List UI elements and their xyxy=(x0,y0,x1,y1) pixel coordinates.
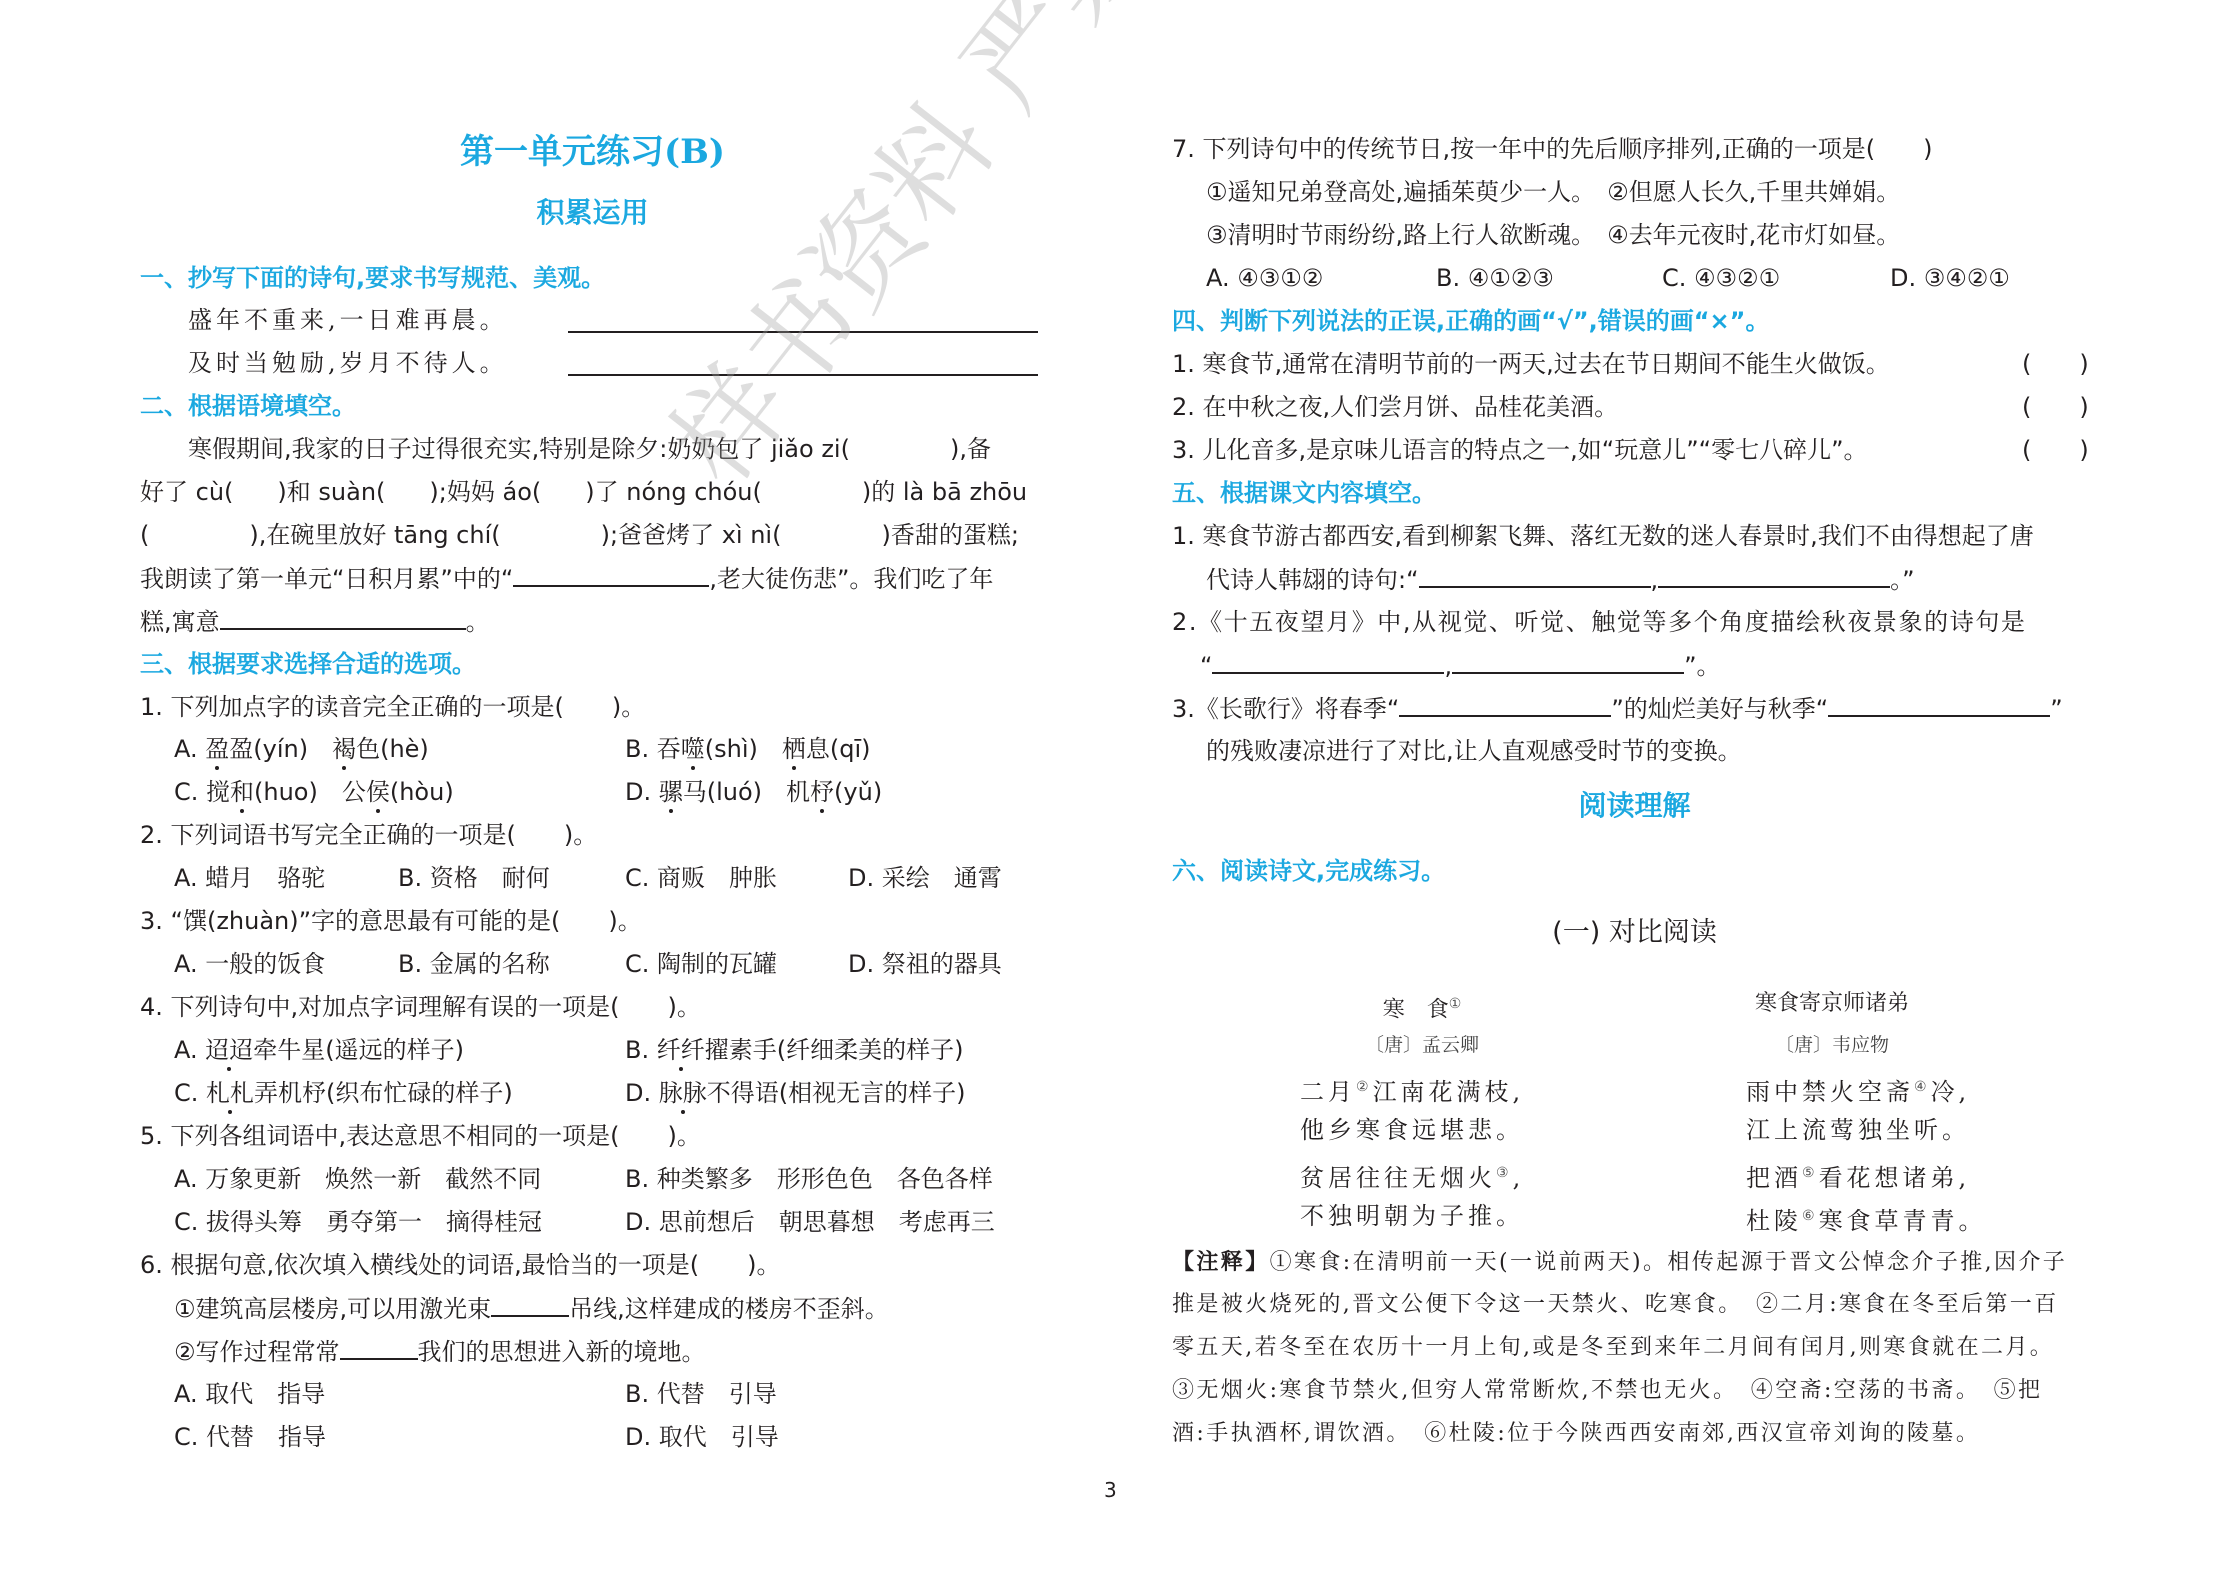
context-line-3: (),在碗里放好 tāng chí();爸爸烤了 xì nì()香甜的蛋糕; xyxy=(140,520,1019,550)
fill-q2-blank-1[interactable] xyxy=(1212,650,1444,674)
q2-stem: 2. 下列词语书写完全正确的一项是( )。 xyxy=(140,820,597,850)
answer-line-meaning[interactable] xyxy=(220,606,466,630)
q6-option-d[interactable]: D. 取代 引导 xyxy=(625,1422,779,1452)
context-text: ),备 xyxy=(950,435,991,463)
section6-heading: 六、阅读诗文,完成练习。 xyxy=(1172,856,1445,886)
poem2-line-1: 雨中禁火空斋④冷, xyxy=(1746,1072,1970,1107)
q3-option-a[interactable]: A. 一般的饭食 xyxy=(174,949,325,979)
dotted-char: 侯 xyxy=(366,777,390,807)
footnote-marker: ① xyxy=(1449,996,1462,1012)
q6-option-c[interactable]: C. 代替 指导 xyxy=(174,1422,326,1452)
q1-option-c[interactable]: C. 搅和(huo) 公侯(hòu) xyxy=(174,777,454,807)
dotted-char: 栖 xyxy=(782,734,806,764)
dotted-char: 噬 xyxy=(681,734,705,764)
dotted-char: 骡 xyxy=(659,777,683,807)
tf-answer-2[interactable]: ( ) xyxy=(2022,392,2089,422)
subtitle-reading: 阅读理解 xyxy=(1172,789,2097,823)
dotted-word: 脉脉 xyxy=(659,1078,707,1108)
context-line-2: 好了 cù()和 suàn();妈妈 áo()了 nóng chóu()的 là… xyxy=(140,477,1027,507)
footnote-marker: ③ xyxy=(1496,1165,1513,1181)
q7-option-d[interactable]: D. ③④②① xyxy=(1890,263,2010,293)
poem2-author: 〔唐〕韦应物 xyxy=(1702,1030,1962,1060)
dotted-char: 杼 xyxy=(810,777,834,807)
context-text: 。 xyxy=(466,608,490,636)
poem2-line-2: 江上流莺独坐听。 xyxy=(1746,1115,1970,1145)
option-text: 色(hè) xyxy=(356,735,429,763)
option-label: C. xyxy=(174,1079,206,1107)
poem1-line-3: 贫居往往无烟火③, xyxy=(1300,1158,1524,1193)
q4-stem: 4. 下列诗句中,对加点字词理解有误的一项是( )。 xyxy=(140,992,701,1022)
footnote-marker: ② xyxy=(1356,1079,1373,1095)
q2-option-a[interactable]: A. 蜡月 骆驼 xyxy=(174,863,325,893)
tf-answer-1[interactable]: ( ) xyxy=(2022,349,2089,379)
poem-text: , xyxy=(1513,1164,1525,1192)
tf-item-3: 3. 儿化音多,是京味儿语言的特点之一,如“玩意儿”“零七八碎儿”。 xyxy=(1172,435,1868,465)
section3-heading: 三、根据要求选择合适的选项。 xyxy=(140,649,476,679)
option-text: C. 搅 xyxy=(174,778,230,806)
context-text: 糕,寓意 xyxy=(140,608,220,636)
poem-text: 寒食草青青。 xyxy=(1819,1207,1987,1235)
q5-option-c[interactable]: C. 拔得头筹 勇夺第一 摘得桂冠 xyxy=(174,1207,542,1237)
fill-text: 代诗人韩翃的诗句:“ xyxy=(1206,566,1419,594)
section5-heading: 五、根据课文内容填空。 xyxy=(1172,478,1436,508)
q6-option-a[interactable]: A. 取代 指导 xyxy=(174,1379,325,1409)
footnote-marker: ⑤ xyxy=(1802,1165,1819,1181)
q1-stem: 1. 下列加点字的读音完全正确的一项是( )。 xyxy=(140,692,645,722)
section4-heading: 四、判断下列说法的正误,正确的画“√”,错误的画“×”。 xyxy=(1172,306,1769,336)
option-label: A. xyxy=(174,1036,205,1064)
q6-sentence-1: ①建筑高层楼房,可以用激光束吊线,这样建成的楼房不歪斜。 xyxy=(174,1293,889,1324)
dotted-word: 札札 xyxy=(206,1078,254,1108)
option-text: (huo) 公 xyxy=(254,778,366,806)
poem-text: 冷, xyxy=(1931,1078,1971,1106)
notes-line-1: 【注释】①寒食:在清明前一天(一说前两天)。相传起源于晋文公悼念介子推,因介子 xyxy=(1172,1247,2067,1278)
context-line-4: 我朗读了第一单元“日积月累”中的“,老大徒伤悲”。我们吃了年 xyxy=(140,563,993,594)
footnote-marker: ④ xyxy=(1914,1079,1931,1095)
fill-q3-line-1: 3.《长歌行》将春季“”的灿烂美好与秋季“” xyxy=(1172,693,2063,724)
q6-blank-1[interactable] xyxy=(491,1293,569,1317)
poem-title-text: 寒 食 xyxy=(1383,997,1449,1022)
poem-text: 江上流莺独坐听。 xyxy=(1746,1116,1970,1144)
q3-option-d[interactable]: D. 祭祖的器具 xyxy=(848,949,1002,979)
context-text: )的 là bā zhōu xyxy=(862,478,1027,506)
fill-q3-blank-1[interactable] xyxy=(1399,693,1611,717)
copy-answer-line-2[interactable] xyxy=(568,374,1038,376)
context-text: )和 suàn( xyxy=(277,478,385,506)
option-text: (yǔ) xyxy=(834,778,882,806)
copy-poem-line-2: 及时当勉励,岁月不待人。 xyxy=(188,348,508,378)
notes-line-2: 推是被火烧死的,晋文公便下令这一天禁火、吃寒食。 ②二月:寒食在冬至后第一百 xyxy=(1172,1290,2059,1320)
poem2-line-4: 杜陵⑥寒食草青青。 xyxy=(1746,1201,1987,1236)
option-text: (hòu) xyxy=(390,778,454,806)
option-text: 盈(yín) xyxy=(229,735,332,763)
subtitle-accumulate: 积累运用 xyxy=(140,196,1045,230)
q2-option-c[interactable]: C. 商贩 肿胀 xyxy=(625,863,777,893)
q4-option-a[interactable]: A. 迢迢牵牛星(遥远的样子) xyxy=(174,1035,464,1065)
context-text: 我朗读了第一单元“日积月累”中的“ xyxy=(140,565,513,593)
q6-option-b[interactable]: B. 代替 引导 xyxy=(625,1379,777,1409)
option-text: 擢素手(纤细柔美的样子) xyxy=(705,1036,964,1064)
fill-q1-blank-2[interactable] xyxy=(1658,564,1890,588)
context-text: ,老大徒伤悲”。我们吃了年 xyxy=(709,565,993,593)
option-label: A. xyxy=(174,735,198,763)
poem-text: 二月 xyxy=(1300,1078,1356,1106)
note-text: ①寒食:在清明前一天(一说前两天)。相传起源于晋文公悼念介子推,因介子 xyxy=(1270,1250,2068,1275)
fill-q1-line-1: 1. 寒食节游古都西安,看到柳絮飞舞、落红无数的迷人春景时,我们不由得想起了唐 xyxy=(1172,521,2034,551)
section2-heading: 二、根据语境填空。 xyxy=(140,391,356,421)
fill-q1-blank-1[interactable] xyxy=(1419,564,1651,588)
sentence-text: 我们的思想进入新的境地。 xyxy=(418,1338,706,1366)
sentence-text: ①建筑高层楼房,可以用激光束 xyxy=(174,1295,491,1323)
copy-answer-line-1[interactable] xyxy=(568,331,1038,333)
option-text: (shì) xyxy=(705,735,782,763)
sentence-text: ②写作过程常常 xyxy=(174,1338,340,1366)
answer-line-poem[interactable] xyxy=(513,563,709,587)
exercise-page: 第一单元练习(B) 积累运用 一、抄写下面的诗句,要求书写规范、美观。 盛年不重… xyxy=(0,0,2220,1571)
fill-text: “ xyxy=(1200,652,1212,680)
sentence-text: 吊线,这样建成的楼房不歪斜。 xyxy=(569,1295,889,1323)
q3-option-c[interactable]: C. 陶制的瓦罐 xyxy=(625,949,777,979)
dotted-char: 和 xyxy=(230,777,254,807)
option-text: 弄机杼(织布忙碌的样子) xyxy=(254,1079,513,1107)
fill-text: 。” xyxy=(1890,566,1914,594)
tf-item-2: 2. 在中秋之夜,人们尝月饼、品桂花美酒。 xyxy=(1172,392,1618,422)
poem1-author: 〔唐〕孟云卿 xyxy=(1292,1030,1552,1060)
poem2-title: 寒食寄京师诸弟 xyxy=(1702,989,1962,1019)
option-text: D. xyxy=(625,778,659,806)
notes-line-5: 酒:手执酒杯,谓饮酒。 ⑥杜陵:位于今陕西西安南郊,西汉宣帝刘询的陵墓。 xyxy=(1172,1419,1980,1449)
option-text: 牵牛星(遥远的样子) xyxy=(253,1036,464,1064)
fill-q1-line-2: 代诗人韩翃的诗句:“,。” xyxy=(1206,564,1915,595)
q7-stem: 7. 下列诗句中的传统节日,按一年中的先后顺序排列,正确的一项是( ) xyxy=(1172,134,1933,164)
context-line-5: 糕,寓意。 xyxy=(140,606,490,637)
option-text: 马(luó) 机 xyxy=(683,778,810,806)
context-line-1: 寒假期间,我家的日子过得很充实,特别是除夕:奶奶包了 jiǎo zi(),备 xyxy=(188,434,991,464)
context-text: )香甜的蛋糕; xyxy=(881,521,1018,549)
footnote-marker: ⑥ xyxy=(1802,1208,1819,1224)
fill-text: , xyxy=(1444,652,1452,680)
watermark: 样书资料 严禁外传 xyxy=(650,0,1308,504)
poem1-title: 寒 食① xyxy=(1292,989,1552,1025)
q1-option-d[interactable]: D. 骡马(luó) 机杼(yǔ) xyxy=(625,777,882,807)
poem-text: 把酒 xyxy=(1746,1164,1802,1192)
q7-line-2: ③清明时节雨纷纷,路上行人欲断魂。 ④去年元夜时,花市灯如昼。 xyxy=(1206,220,1900,250)
context-text: ),在碗里放好 tāng chí( xyxy=(249,521,500,549)
q6-sentence-2: ②写作过程常常我们的思想进入新的境地。 xyxy=(174,1336,706,1367)
option-text: 不得语(相视无言的样子) xyxy=(707,1079,966,1107)
q1-option-a[interactable]: A. 盈盈(yín) 褐色(hè) xyxy=(174,734,429,764)
poem-text: 不独明朝为子推。 xyxy=(1300,1202,1524,1230)
option-label: B. xyxy=(625,1036,657,1064)
poem-text: 雨中禁火空斋 xyxy=(1746,1078,1914,1106)
fill-text: , xyxy=(1651,566,1659,594)
q2-option-b[interactable]: B. 资格 耐何 xyxy=(398,863,550,893)
tf-answer-3[interactable]: ( ) xyxy=(2022,435,2089,465)
fill-q3-line-2: 的残败凄凉进行了对比,让人直观感受时节的变换。 xyxy=(1206,736,1742,766)
q5-option-a[interactable]: A. 万象更新 焕然一新 截然不同 xyxy=(174,1164,541,1194)
dotted-word: 迢迢 xyxy=(205,1035,253,1065)
q4-option-d[interactable]: D. 脉脉不得语(相视无言的样子) xyxy=(625,1078,965,1108)
q7-option-c[interactable]: C. ④③②① xyxy=(1662,263,1780,293)
q5-option-b[interactable]: B. 种类繁多 形形色色 各色各样 xyxy=(625,1164,993,1194)
comparative-reading-heading: (一) 对比阅读 xyxy=(1172,918,2097,948)
q4-option-b[interactable]: B. 纤纤擢素手(纤细柔美的样子) xyxy=(625,1035,963,1065)
dotted-word: 纤纤 xyxy=(657,1035,705,1065)
context-text: );爸爸烤了 xì nì( xyxy=(601,521,782,549)
q3-stem: 3. “馔(zhuàn)”字的意思最有可能的是( )。 xyxy=(140,906,642,936)
q6-stem: 6. 根据句意,依次填入横线处的词语,最恰当的一项是( )。 xyxy=(140,1250,781,1280)
context-text: 好了 cù( xyxy=(140,478,233,506)
dotted-char: 褐 xyxy=(332,734,356,764)
fill-text: ”。 xyxy=(1684,652,1720,680)
context-text: );妈妈 áo( xyxy=(429,478,541,506)
page-number: 3 xyxy=(1104,1478,1117,1502)
fill-q3-blank-2[interactable] xyxy=(1828,693,2050,717)
copy-poem-line-1: 盛年不重来,一日难再晨。 xyxy=(188,305,508,335)
fill-q2-line-2: “,”。 xyxy=(1200,650,1721,681)
poem1-line-2: 他乡寒食远堪悲。 xyxy=(1300,1115,1524,1145)
poem-text: 杜陵 xyxy=(1746,1207,1802,1235)
poem1-line-4: 不独明朝为子推。 xyxy=(1300,1201,1524,1231)
q7-option-a[interactable]: A. ④③①② xyxy=(1206,263,1323,293)
fill-text: ” xyxy=(2050,695,2062,723)
notes-line-3: 零五天,若冬至在农历十一月上旬,或是冬至到来年二月间有闰月,则寒食就在二月。 xyxy=(1172,1333,2054,1363)
q1-option-b[interactable]: B. 吞噬(shì) 栖息(qī) xyxy=(625,734,870,764)
q4-option-c[interactable]: C. 札札弄机杼(织布忙碌的样子) xyxy=(174,1078,513,1108)
dotted-char: 盈 xyxy=(205,734,229,764)
fill-text: ”的灿烂美好与秋季“ xyxy=(1611,695,1828,723)
option-text: B. 吞 xyxy=(625,735,681,763)
context-text: )了 nóng chóu( xyxy=(585,478,762,506)
option-label: D. xyxy=(625,1079,659,1107)
q5-option-d[interactable]: D. 思前想后 朝思暮想 考虑再三 xyxy=(625,1207,995,1237)
poem1-line-1: 二月②江南花满枝, xyxy=(1300,1072,1524,1107)
poem-text: 贫居往往无烟火 xyxy=(1300,1164,1496,1192)
q7-line-1: ①遥知兄弟登高处,遍插茱萸少一人。 ②但愿人长久,千里共婵娟。 xyxy=(1206,177,1900,207)
tf-item-1: 1. 寒食节,通常在清明节前的一两天,过去在节日期间不能生火做饭。 xyxy=(1172,349,1890,379)
section1-heading: 一、抄写下面的诗句,要求书写规范、美观。 xyxy=(140,263,605,293)
context-text: 寒假期间,我家的日子过得很充实,特别是除夕:奶奶包了 jiǎo zi( xyxy=(188,435,850,463)
context-text: ( xyxy=(140,521,149,549)
fill-q2-line-1: 2.《十五夜望月》中,从视觉、听觉、触觉等多个角度描绘秋夜景象的诗句是 xyxy=(1172,607,2027,637)
q6-blank-2[interactable] xyxy=(340,1336,418,1360)
poem2-line-3: 把酒⑤看花想诸弟, xyxy=(1746,1158,1970,1193)
q7-option-b[interactable]: B. ④①②③ xyxy=(1436,263,1554,293)
option-text: 息(qī) xyxy=(806,735,871,763)
poem-text: 他乡寒食远堪悲。 xyxy=(1300,1116,1524,1144)
q5-stem: 5. 下列各组词语中,表达意思不相同的一项是( )。 xyxy=(140,1121,701,1151)
notes-line-4: ③无烟火:寒食节禁火,但穷人常常断炊,不禁也无火。 ④空斋:空荡的书斋。 ⑤把 xyxy=(1172,1376,2042,1406)
page-title: 第一单元练习(B) xyxy=(140,132,1045,172)
q3-option-b[interactable]: B. 金属的名称 xyxy=(398,949,550,979)
notes-heading: 【注释】 xyxy=(1172,1249,1270,1275)
q2-option-d[interactable]: D. 采绘 通霄 xyxy=(848,863,1002,893)
fill-text: 3.《长歌行》将春季“ xyxy=(1172,695,1399,723)
fill-q2-blank-2[interactable] xyxy=(1452,650,1684,674)
poem-text: 江南花满枝, xyxy=(1373,1078,1525,1106)
poem-text: 看花想诸弟, xyxy=(1819,1164,1971,1192)
